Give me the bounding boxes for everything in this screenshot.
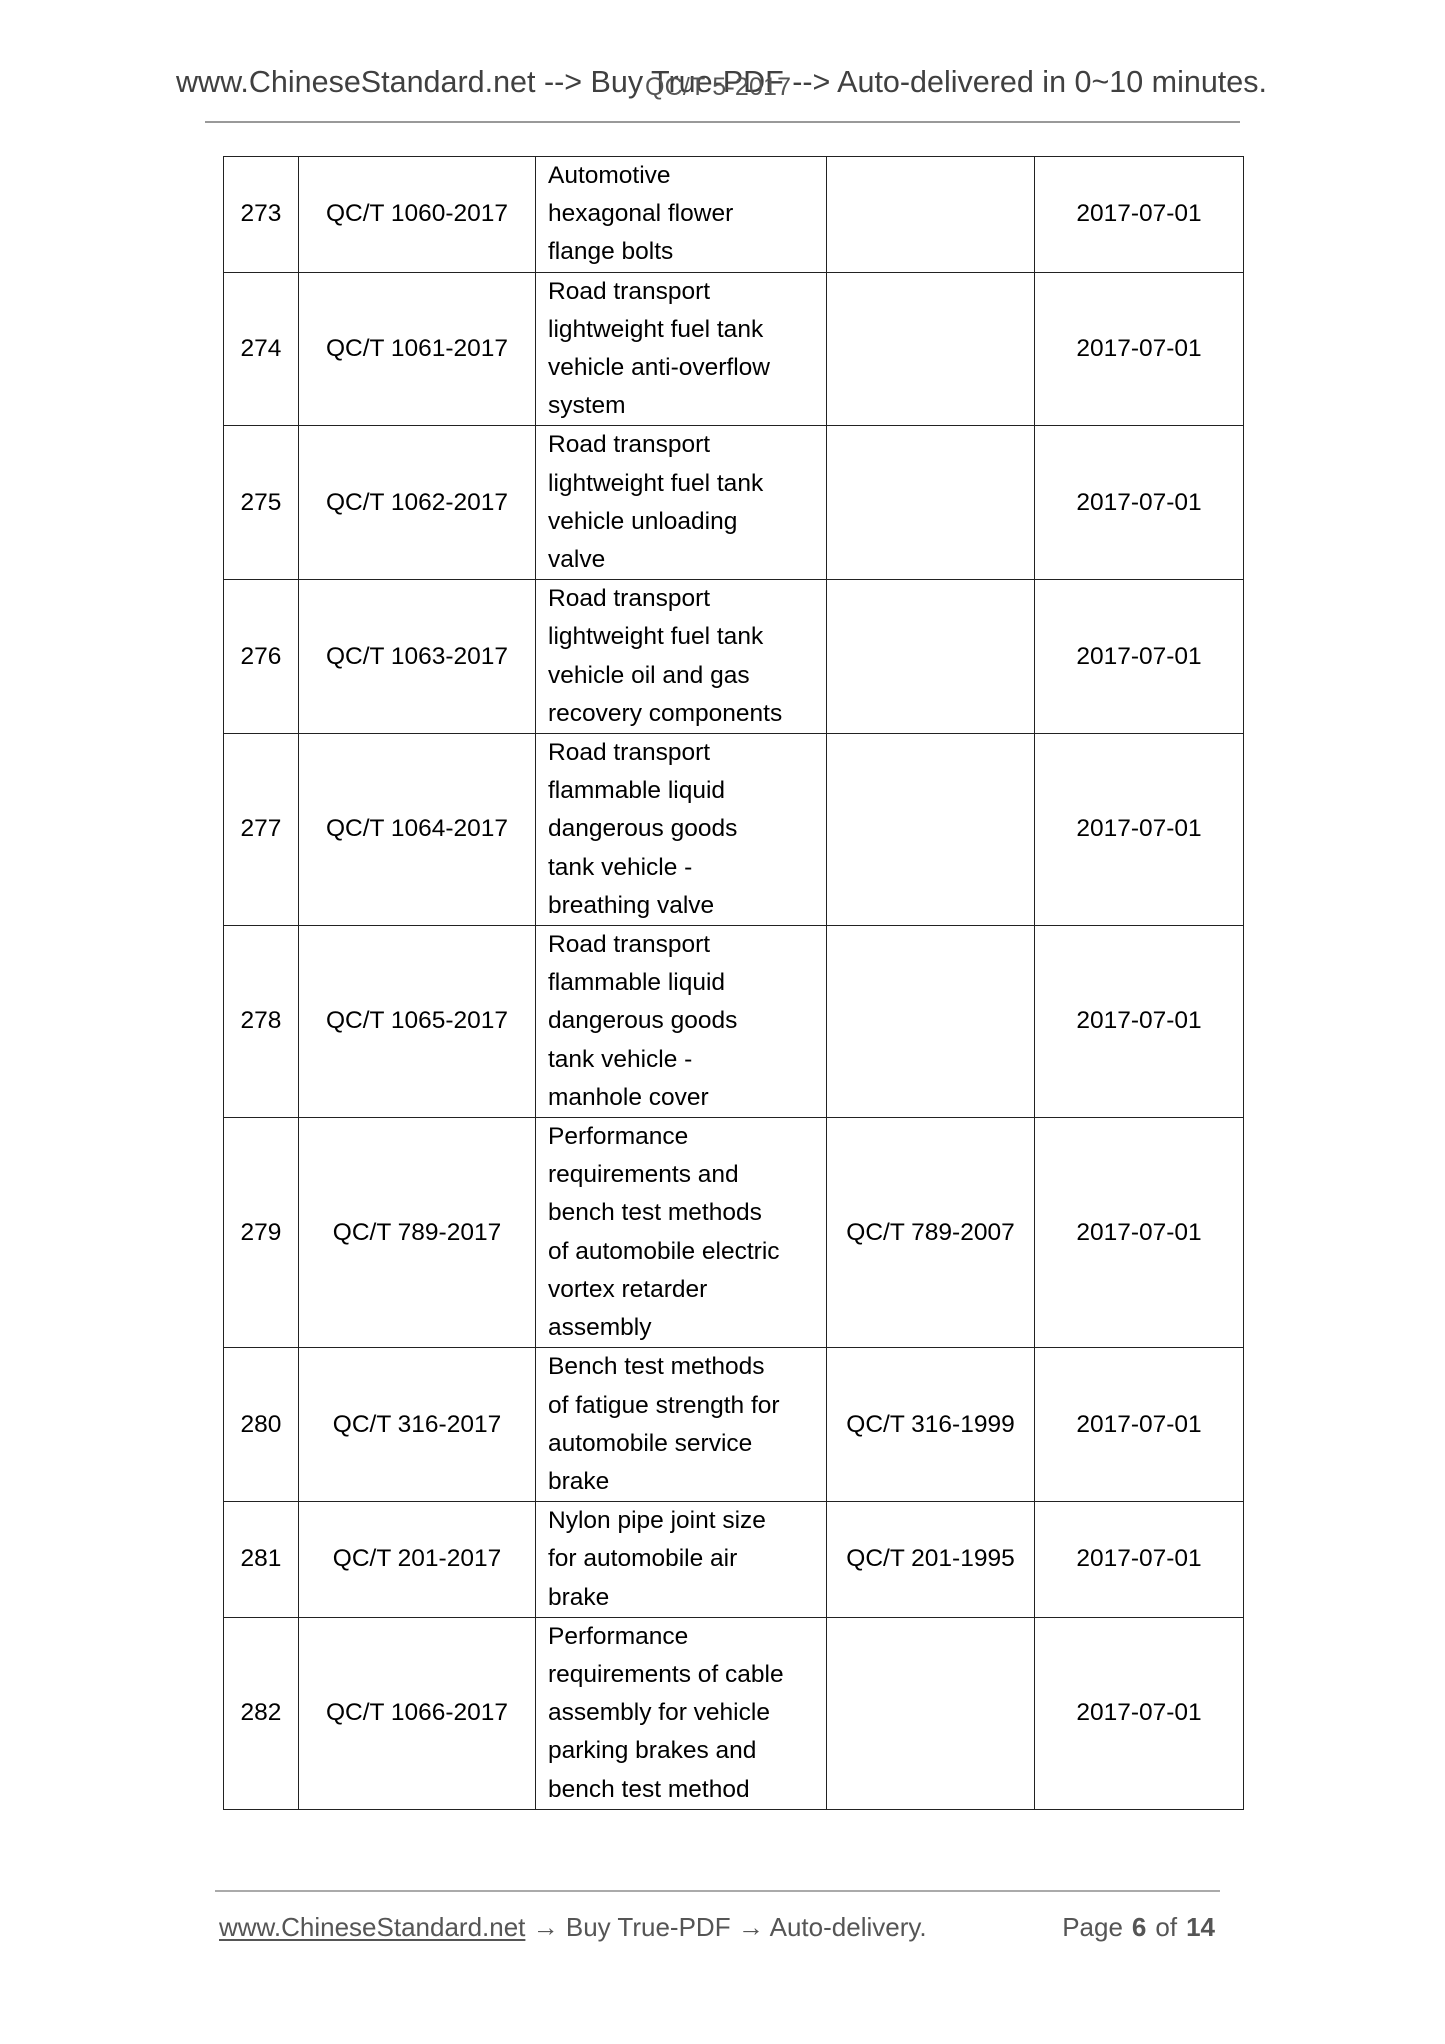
standard-title: Road transportlightweight fuel tankvehic… xyxy=(536,272,827,426)
header-divider xyxy=(205,121,1240,123)
standard-number: QC/T 201-2017 xyxy=(299,1502,536,1618)
title-line: vehicle unloading xyxy=(548,503,822,541)
implementation-date: 2017-07-01 xyxy=(1035,1502,1244,1618)
title-line: brake xyxy=(548,1579,822,1617)
title-line: flammable liquid xyxy=(548,772,822,810)
footer-divider xyxy=(215,1890,1220,1892)
title-line: Road transport xyxy=(548,580,822,618)
replaced-standard xyxy=(827,580,1035,734)
table-row: 280QC/T 316-2017Bench test methodsof fat… xyxy=(224,1348,1244,1502)
row-number: 280 xyxy=(224,1348,299,1502)
standard-number: QC/T 1066-2017 xyxy=(299,1617,536,1809)
page-indicator: Page6of14 xyxy=(1062,1912,1215,1942)
title-line: recovery components xyxy=(548,695,822,733)
title-line: brake xyxy=(548,1463,822,1501)
title-line: Performance xyxy=(548,1118,822,1156)
replaced-standard xyxy=(827,734,1035,926)
page-label: Page xyxy=(1062,1912,1123,1942)
row-number: 276 xyxy=(224,580,299,734)
title-line: bench test methods xyxy=(548,1194,822,1232)
implementation-date: 2017-07-01 xyxy=(1035,426,1244,580)
right-arrow-icon: → xyxy=(533,1912,559,1942)
delivery-text: Auto-delivery. xyxy=(770,1912,927,1942)
title-line: flange bolts xyxy=(548,233,822,271)
title-line: Bench test methods xyxy=(548,1348,822,1386)
implementation-date: 2017-07-01 xyxy=(1035,580,1244,734)
title-line: requirements and xyxy=(548,1156,822,1194)
page-total: 14 xyxy=(1186,1912,1215,1942)
title-line: requirements of cable xyxy=(548,1656,822,1694)
standard-number: QC/T 1064-2017 xyxy=(299,734,536,926)
replaced-standard: QC/T 316-1999 xyxy=(827,1348,1035,1502)
title-line: valve xyxy=(548,541,822,579)
title-line: manhole cover xyxy=(548,1079,822,1117)
implementation-date: 2017-07-01 xyxy=(1035,1617,1244,1809)
title-line: dangerous goods xyxy=(548,1002,822,1040)
implementation-date: 2017-07-01 xyxy=(1035,157,1244,273)
title-line: Nylon pipe joint size xyxy=(548,1502,822,1540)
table-row: 275QC/T 1062-2017Road transportlightweig… xyxy=(224,426,1244,580)
standard-title: Bench test methodsof fatigue strength fo… xyxy=(536,1348,827,1502)
row-number: 282 xyxy=(224,1617,299,1809)
title-line: for automobile air xyxy=(548,1540,822,1578)
implementation-date: 2017-07-01 xyxy=(1035,1118,1244,1348)
standards-table: 273QC/T 1060-2017Automotivehexagonal flo… xyxy=(223,156,1244,1810)
title-line: tank vehicle - xyxy=(548,849,822,887)
implementation-date: 2017-07-01 xyxy=(1035,272,1244,426)
standard-number: QC/T 1063-2017 xyxy=(299,580,536,734)
title-line: Automotive xyxy=(548,157,822,195)
table-row: 278QC/T 1065-2017Road transportflammable… xyxy=(224,926,1244,1118)
standard-title: Performancerequirements of cableassembly… xyxy=(536,1617,827,1809)
title-line: hexagonal flower xyxy=(548,195,822,233)
standard-title: Road transportflammable liquiddangerous … xyxy=(536,926,827,1118)
title-line: bench test method xyxy=(548,1771,822,1809)
table-row: 274QC/T 1061-2017Road transportlightweig… xyxy=(224,272,1244,426)
replaced-standard xyxy=(827,1617,1035,1809)
standard-number: QC/T 789-2017 xyxy=(299,1118,536,1348)
row-number: 275 xyxy=(224,426,299,580)
row-number: 279 xyxy=(224,1118,299,1348)
title-line: system xyxy=(548,387,822,425)
table-body: 273QC/T 1060-2017Automotivehexagonal flo… xyxy=(224,157,1244,1810)
replaced-standard: QC/T 201-1995 xyxy=(827,1502,1035,1618)
title-line: parking brakes and xyxy=(548,1732,822,1770)
table-row: 282QC/T 1066-2017Performancerequirements… xyxy=(224,1617,1244,1809)
title-line: of fatigue strength for xyxy=(548,1387,822,1425)
title-line: tank vehicle - xyxy=(548,1041,822,1079)
document-code: QC/T 5-2017 xyxy=(645,72,791,102)
title-line: lightweight fuel tank xyxy=(548,465,822,503)
standard-title: Road transportlightweight fuel tankvehic… xyxy=(536,426,827,580)
standard-title: Road transportlightweight fuel tankvehic… xyxy=(536,580,827,734)
standard-title: Nylon pipe joint sizefor automobile airb… xyxy=(536,1502,827,1618)
footer-promo: www.ChineseStandard.net → Buy True-PDF →… xyxy=(219,1912,927,1942)
title-line: Road transport xyxy=(548,273,822,311)
standard-number: QC/T 1062-2017 xyxy=(299,426,536,580)
table-row: 279QC/T 789-2017Performancerequirements … xyxy=(224,1118,1244,1348)
right-arrow-icon: → xyxy=(738,1912,764,1942)
buy-text: Buy True-PDF xyxy=(566,1912,731,1942)
standard-title: Performancerequirements andbench test me… xyxy=(536,1118,827,1348)
title-line: vehicle oil and gas xyxy=(548,657,822,695)
row-number: 274 xyxy=(224,272,299,426)
standard-number: QC/T 1065-2017 xyxy=(299,926,536,1118)
title-line: lightweight fuel tank xyxy=(548,618,822,656)
title-line: flammable liquid xyxy=(548,964,822,1002)
implementation-date: 2017-07-01 xyxy=(1035,1348,1244,1502)
title-line: dangerous goods xyxy=(548,810,822,848)
replaced-standard xyxy=(827,157,1035,273)
title-line: Performance xyxy=(548,1618,822,1656)
title-line: lightweight fuel tank xyxy=(548,311,822,349)
standard-title: Road transportflammable liquiddangerous … xyxy=(536,734,827,926)
replaced-standard xyxy=(827,926,1035,1118)
title-line: vortex retarder xyxy=(548,1271,822,1309)
standard-number: QC/T 1061-2017 xyxy=(299,272,536,426)
page-of: of xyxy=(1155,1912,1177,1942)
implementation-date: 2017-07-01 xyxy=(1035,926,1244,1118)
title-line: breathing valve xyxy=(548,887,822,925)
title-line: Road transport xyxy=(548,426,822,464)
title-line: Road transport xyxy=(548,734,822,772)
title-line: Road transport xyxy=(548,926,822,964)
implementation-date: 2017-07-01 xyxy=(1035,734,1244,926)
row-number: 278 xyxy=(224,926,299,1118)
page-current: 6 xyxy=(1132,1912,1146,1942)
row-number: 277 xyxy=(224,734,299,926)
title-line: assembly for vehicle xyxy=(548,1694,822,1732)
title-line: automobile service xyxy=(548,1425,822,1463)
replaced-standard xyxy=(827,272,1035,426)
title-line: of automobile electric xyxy=(548,1233,822,1271)
row-number: 273 xyxy=(224,157,299,273)
table-row: 281QC/T 201-2017Nylon pipe joint sizefor… xyxy=(224,1502,1244,1618)
row-number: 281 xyxy=(224,1502,299,1618)
replaced-standard: QC/T 789-2007 xyxy=(827,1118,1035,1348)
table-row: 273QC/T 1060-2017Automotivehexagonal flo… xyxy=(224,157,1244,273)
table-row: 277QC/T 1064-2017Road transportflammable… xyxy=(224,734,1244,926)
standard-number: QC/T 316-2017 xyxy=(299,1348,536,1502)
standard-title: Automotivehexagonal flowerflange bolts xyxy=(536,157,827,273)
title-line: assembly xyxy=(548,1309,822,1347)
replaced-standard xyxy=(827,426,1035,580)
table-row: 276QC/T 1063-2017Road transportlightweig… xyxy=(224,580,1244,734)
site-link[interactable]: www.ChineseStandard.net xyxy=(219,1912,525,1942)
standard-number: QC/T 1060-2017 xyxy=(299,157,536,273)
title-line: vehicle anti-overflow xyxy=(548,349,822,387)
